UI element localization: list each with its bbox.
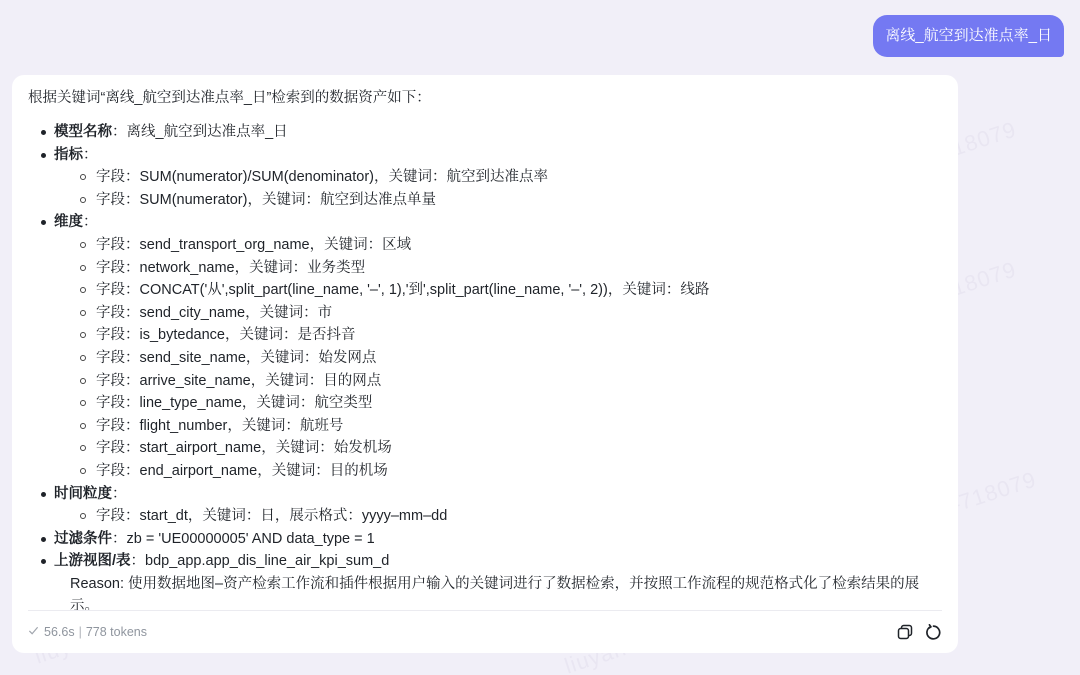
dimensions-list: 字段：send_transport_org_name，关键词：区域 字段：net… <box>54 234 942 483</box>
dimension-field: 字段：send_city_name，关键词：市 <box>96 302 942 325</box>
dimension-field: 字段：arrive_site_name，关键词：目的网点 <box>96 370 942 393</box>
model-name-value: 离线_航空到达准点率_日 <box>127 124 288 140</box>
refresh-icon[interactable] <box>924 623 942 641</box>
colon: ： <box>83 147 98 163</box>
upstream-value: bdp_app.app_dis_line_air_kpi_sum_d <box>145 553 389 569</box>
metric-field: 字段：SUM(numerator)/SUM(denominator)，关键词：航… <box>96 166 942 189</box>
footer-divider <box>28 610 942 611</box>
check-icon <box>28 625 39 639</box>
user-message-bubble: 离线_航空到达准点率_日 <box>873 15 1064 57</box>
colon: ： <box>131 553 146 569</box>
dimension-field: 字段：is_bytedance，关键词：是否抖音 <box>96 324 942 347</box>
answer-footer: 56.6s | 778 tokens <box>28 622 942 642</box>
answer-intro: 根据关键词“离线_航空到达准点率_日”检索到的数据资产如下： <box>28 87 942 109</box>
metrics-label: 指标 <box>54 147 83 163</box>
dimension-field: 字段：network_name，关键词：业务类型 <box>96 257 942 280</box>
dimensions-label: 维度 <box>54 214 83 230</box>
duration: 56.6s <box>44 625 75 639</box>
dimension-field: 字段：end_airport_name，关键词：目的机场 <box>96 460 942 483</box>
colon: ： <box>112 124 127 140</box>
dimension-field: 字段：flight_number，关键词：航班号 <box>96 415 942 438</box>
copy-icon[interactable] <box>896 623 914 641</box>
time-granularity-list: 字段：start_dt，关键词：日，展示格式：yyyy–mm–dd <box>54 505 942 528</box>
reason-text: Reason: 使用数据地图–资产检索工作流和插件根据用户输入的关键词进行了数据… <box>28 573 942 618</box>
meta-separator: | <box>79 625 82 639</box>
metrics-list: 字段：SUM(numerator)/SUM(denominator)，关键词：航… <box>54 166 942 211</box>
chat-page: liuyanchen9–718079 liuyanchen9–718079 li… <box>0 0 1080 675</box>
asset-details-list: 模型名称：离线_航空到达准点率_日 指标： 字段：SUM(numerator)/… <box>28 121 942 573</box>
upstream-label: 上游视图/表 <box>54 553 131 569</box>
dimension-field: 字段：CONCAT('从',split_part(line_name, '–',… <box>96 279 942 302</box>
filter-label: 过滤条件 <box>54 531 112 547</box>
dimension-field: 字段：send_transport_org_name，关键词：区域 <box>96 234 942 257</box>
model-name-label: 模型名称 <box>54 124 112 140</box>
filter-item: 过滤条件：zb = 'UE00000005' AND data_type = 1 <box>54 528 942 551</box>
token-count: 778 tokens <box>86 625 147 639</box>
dimension-field: 字段：start_airport_name，关键词：始发机场 <box>96 437 942 460</box>
colon: ： <box>83 214 98 230</box>
assistant-answer-card: 根据关键词“离线_航空到达准点率_日”检索到的数据资产如下： 模型名称：离线_航… <box>12 75 958 653</box>
dimensions-item: 维度： 字段：send_transport_org_name，关键词：区域 字段… <box>54 211 942 482</box>
model-name-item: 模型名称：离线_航空到达准点率_日 <box>54 121 942 144</box>
metrics-item: 指标： 字段：SUM(numerator)/SUM(denominator)，关… <box>54 144 942 212</box>
dimension-field: 字段：line_type_name，关键词：航空类型 <box>96 392 942 415</box>
time-granularity-item: 时间粒度： 字段：start_dt，关键词：日，展示格式：yyyy–mm–dd <box>54 483 942 528</box>
time-field: 字段：start_dt，关键词：日，展示格式：yyyy–mm–dd <box>96 505 942 528</box>
metric-field: 字段：SUM(numerator)，关键词：航空到达准点单量 <box>96 189 942 212</box>
answer-actions <box>896 623 942 641</box>
filter-value: zb = 'UE00000005' AND data_type = 1 <box>127 531 375 547</box>
upstream-item: 上游视图/表：bdp_app.app_dis_line_air_kpi_sum_… <box>54 550 942 573</box>
time-granularity-label: 时间粒度 <box>54 486 112 502</box>
answer-meta: 56.6s | 778 tokens <box>28 625 147 639</box>
colon: ： <box>112 531 127 547</box>
dimension-field: 字段：send_site_name，关键词：始发网点 <box>96 347 942 370</box>
colon: ： <box>112 486 127 502</box>
